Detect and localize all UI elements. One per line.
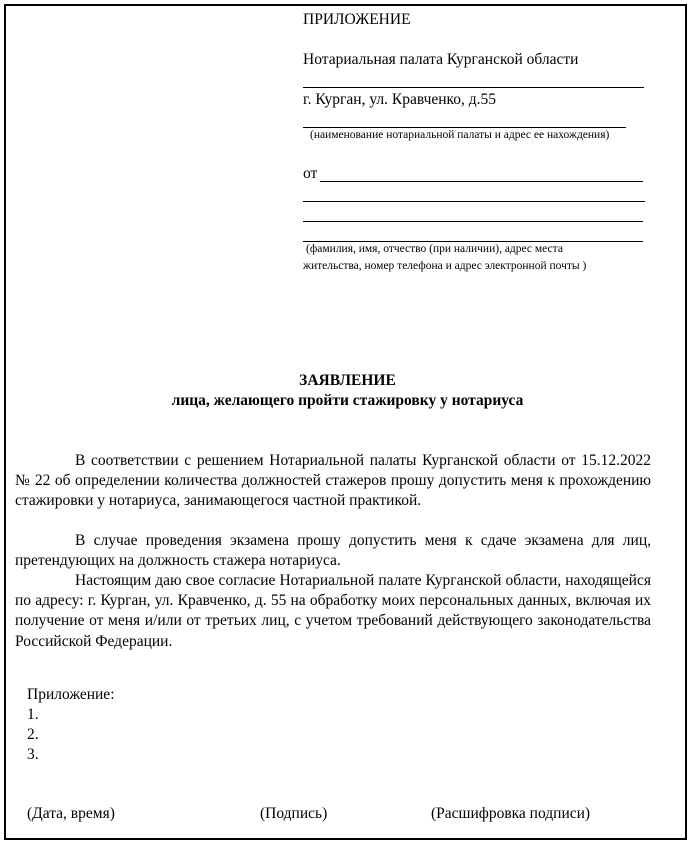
body-paragraph-3: Настоящим даю свое согласие Нотариальной…: [15, 571, 651, 652]
chamber-name: Нотариальная палата Курганской области: [303, 51, 578, 69]
applicant-field-line-1[interactable]: [320, 181, 643, 182]
applicant-field-line-3[interactable]: [303, 221, 643, 222]
applicant-caption-line-2: жительства, номер телефона и адрес элект…: [303, 260, 586, 272]
applicant-field-line-2[interactable]: [303, 201, 645, 202]
chamber-caption: (наименование нотариальной палаты и адре…: [310, 129, 609, 141]
attachment-item-2: 2.: [27, 726, 39, 744]
chamber-name-underline: [303, 87, 644, 88]
applicant-caption-line-1: (фамилия, имя, отчество (при наличии), а…: [306, 243, 563, 255]
appendix-label: ПРИЛОЖЕНИЕ: [303, 11, 411, 29]
body-paragraph-2-text: В случае проведения экзамена прошу допус…: [15, 532, 651, 569]
body-paragraph-1-text: В соответствии с решением Нотариальной п…: [15, 452, 651, 509]
chamber-address: г. Курган, ул. Кравченко, д.55: [303, 91, 496, 109]
signature-decoding-label: (Расшифровка подписи): [431, 805, 590, 823]
date-time-label: (Дата, время): [27, 805, 115, 823]
body-paragraph-3-text: Настоящим даю свое согласие Нотариальной…: [15, 572, 651, 650]
document-subtitle: лица, желающего пройти стажировку у нота…: [0, 392, 695, 410]
document-title: ЗАЯВЛЕНИЕ: [0, 372, 695, 390]
attachment-item-3: 3.: [27, 746, 39, 764]
from-label: от: [303, 165, 317, 183]
attachment-item-1: 1.: [27, 706, 39, 724]
signature-label: (Подпись): [260, 805, 327, 823]
chamber-address-underline: [303, 127, 626, 128]
attachments-label: Приложение:: [27, 686, 115, 704]
applicant-field-line-4[interactable]: [303, 241, 643, 242]
body-paragraph-1: В соответствии с решением Нотариальной п…: [15, 451, 651, 512]
body-paragraph-2: В случае проведения экзамена прошу допус…: [15, 531, 651, 571]
